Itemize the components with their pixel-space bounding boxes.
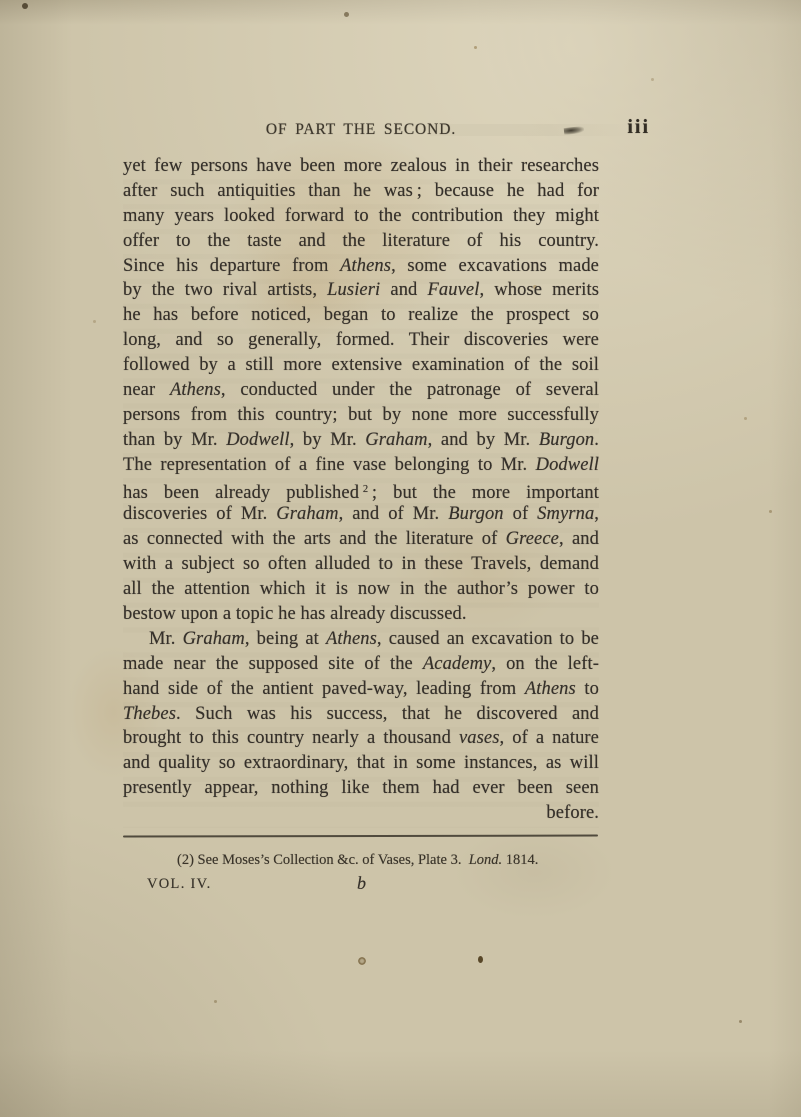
ink-speck	[22, 3, 28, 9]
text-line: and quality so extraordinary, that in so…	[123, 751, 599, 776]
text-line: made near the supposed site of the Acade…	[123, 652, 599, 677]
footnote: (2) See Moses’s Collection &c. of Vases,…	[123, 850, 598, 870]
volume-label: VOL. IV.	[147, 876, 212, 893]
text-line: has been already published 2 ; but the m…	[123, 478, 599, 503]
text-line: hand side of the antient paved-way, lead…	[123, 677, 599, 702]
body-text: yet few persons have been more zealous i…	[123, 154, 599, 826]
book-page: OF PART THE SECOND. iii yet few persons …	[0, 0, 801, 1117]
ink-speck	[651, 78, 654, 81]
text-line: after such antiquities than he was ; bec…	[123, 179, 599, 204]
text-line: Since his departure from Athens, some ex…	[123, 254, 599, 279]
text-line: offer to the taste and the literature of…	[123, 229, 599, 254]
running-header: OF PART THE SECOND.	[123, 121, 599, 141]
signature-mark: b	[357, 873, 366, 894]
text-line: The representation of a fine vase belong…	[123, 453, 599, 478]
ink-speck	[474, 46, 477, 49]
ink-speck	[214, 1000, 217, 1003]
ink-speck	[358, 957, 366, 965]
ink-speck	[744, 417, 747, 420]
text-line: discoveries of Mr. Graham, and of Mr. Bu…	[123, 502, 599, 527]
page-footer: VOL. IV. b	[123, 873, 599, 895]
text-line: than by Mr. Dodwell, by Mr. Graham, and …	[123, 428, 599, 453]
text-line: all the attention which it is now in the…	[123, 577, 599, 602]
ink-speck	[344, 12, 349, 17]
footnote-rule	[123, 835, 598, 838]
text-line: before.	[123, 801, 599, 826]
header-title: OF PART THE SECOND.	[266, 121, 456, 138]
text-line: Mr. Graham, being at Athens, caused an e…	[123, 627, 599, 652]
text-line: bestow upon a topic he has already discu…	[123, 602, 599, 627]
text-line: as connected with the arts and the liter…	[123, 527, 599, 552]
text-line: with a subject so often alluded to in th…	[123, 552, 599, 577]
ink-speck	[93, 320, 96, 323]
ink-speck	[739, 1020, 742, 1023]
text-line: by the two rival artists, Lusieri and Fa…	[123, 278, 599, 303]
text-line: Thebes. Such was his success, that he di…	[123, 702, 599, 727]
text-line: followed by a still more extensive exami…	[123, 353, 599, 378]
text-line: yet few persons have been more zealous i…	[123, 154, 599, 179]
page-number: iii	[612, 116, 650, 139]
text-line: near Athens, conducted under the patrona…	[123, 378, 599, 403]
text-line: he has before noticed, began to realize …	[123, 303, 599, 328]
ink-speck	[478, 956, 483, 963]
text-line: persons from this country; but by none m…	[123, 403, 599, 428]
text-line: presently appear, nothing like them had …	[123, 776, 599, 801]
text-line: many years looked forward to the contrib…	[123, 204, 599, 229]
text-line: long, and so generally, formed. Their di…	[123, 328, 599, 353]
text-line: brought to this country nearly a thousan…	[123, 726, 599, 751]
ink-speck	[769, 510, 772, 513]
